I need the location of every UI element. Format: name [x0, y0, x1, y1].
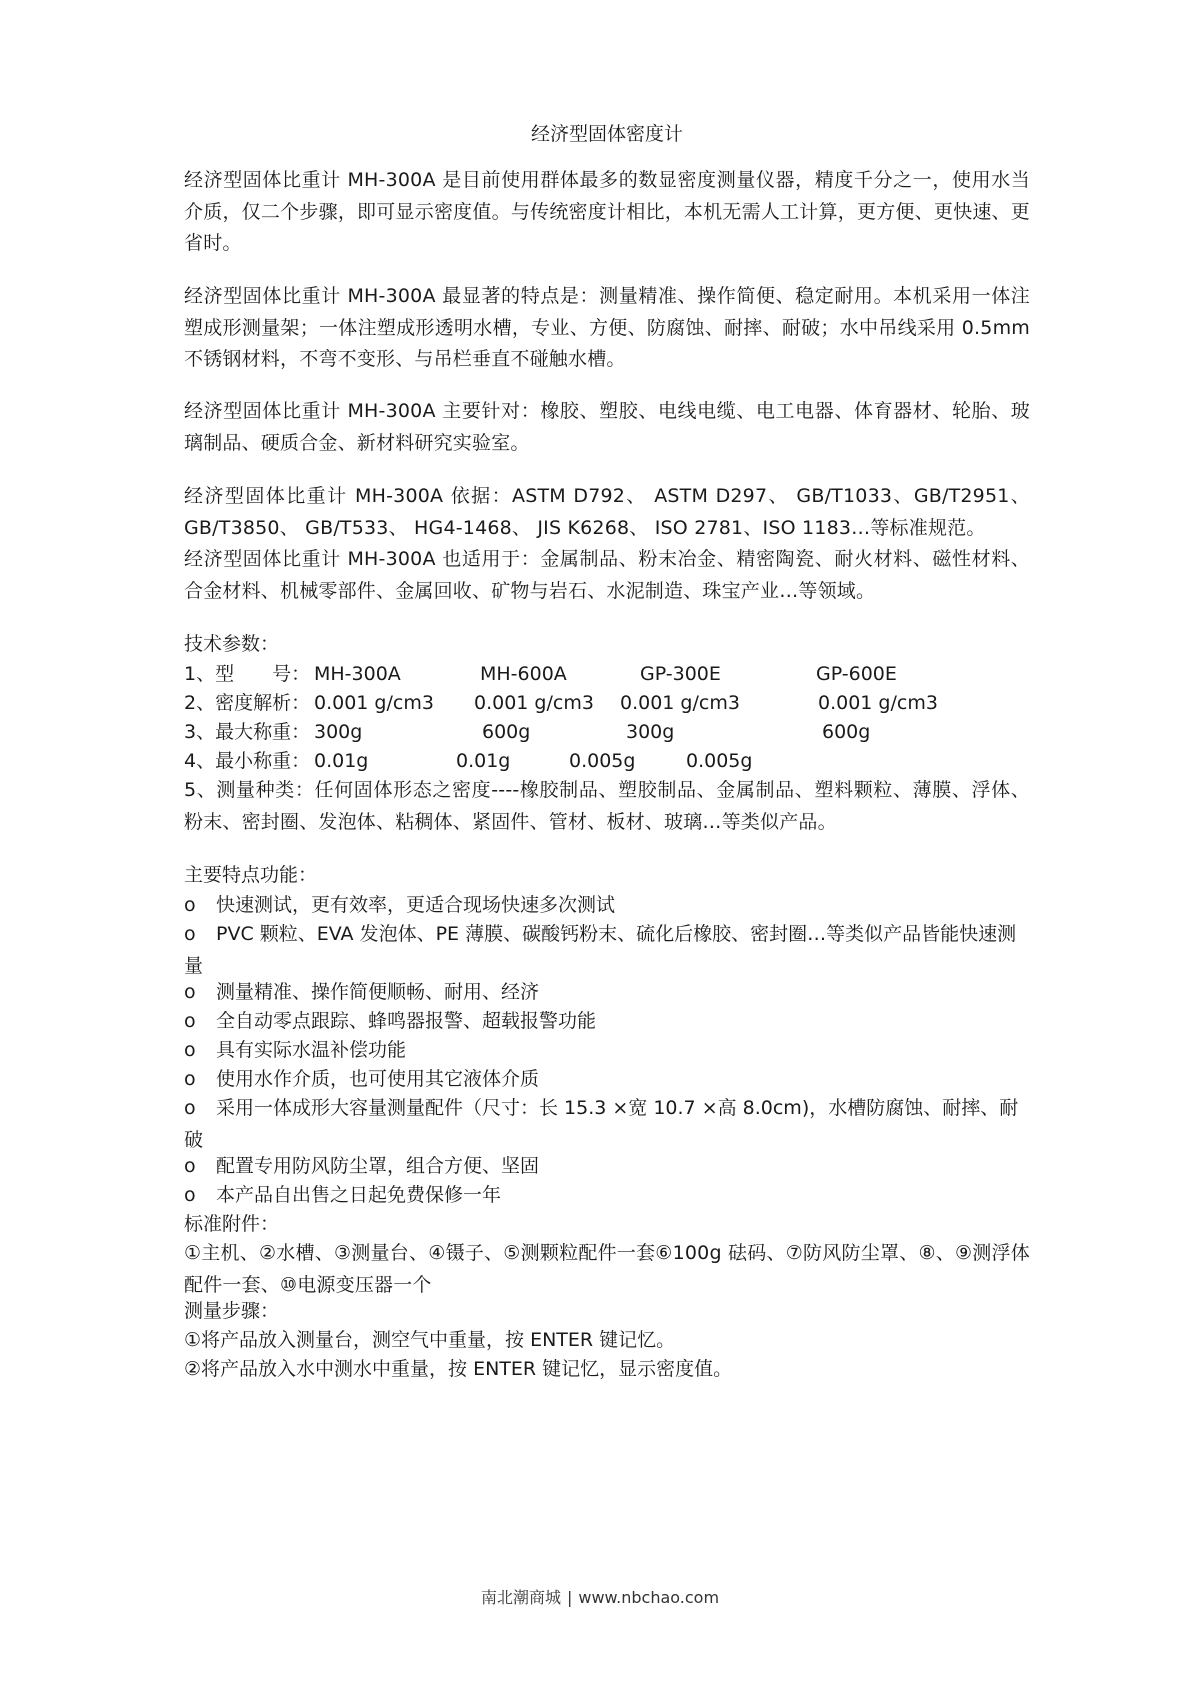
feature-item: o测量精准、操作简便顺畅、耐用、经济 — [184, 977, 1030, 1009]
spec-value: 300g — [314, 717, 362, 749]
feature-item: o具有实际水温补偿功能 — [184, 1035, 1030, 1067]
feature-item: o配置专用防风防尘罩，组合方便、坚固 — [184, 1151, 1030, 1183]
spec-label: 1、型 号： — [184, 659, 310, 691]
spec-value: GP-600E — [816, 659, 897, 691]
spec-row-max-weight: 3、最大称重： 300g 600g 300g 600g — [184, 717, 1030, 749]
bullet-icon: o — [184, 890, 216, 922]
footer-url[interactable]: www.nbchao.com — [578, 1588, 719, 1607]
step-item: ①将产品放入测量台，测空气中重量，按 ENTER 键记忆。 — [184, 1325, 675, 1357]
spec-value: GP-300E — [640, 659, 721, 691]
standards-paragraph: 经济型固体比重计 MH-300A 依据：ASTM D792、 ASTM D297… — [184, 481, 1030, 544]
spec-value: 0.001 g/cm3 — [818, 688, 938, 720]
feature-item: o使用水作介质，也可使用其它液体介质 — [184, 1064, 1030, 1096]
spec-value: 0.001 g/cm3 — [620, 688, 740, 720]
bullet-icon: o — [184, 1035, 216, 1067]
bullet-icon: o — [184, 1064, 216, 1096]
spec-value: 0.001 g/cm3 — [474, 688, 594, 720]
spec-value: 0.005g — [686, 746, 752, 778]
spec-row-model: 1、型 号： MH-300A MH-600A GP-300E GP-600E — [184, 659, 1030, 691]
spec-row-resolution: 2、密度解析： 0.001 g/cm3 0.001 g/cm3 0.001 g/… — [184, 688, 1030, 720]
footer-separator: | — [567, 1588, 572, 1607]
spec-value: 0.01g — [314, 746, 368, 778]
spec-value: 600g — [822, 717, 870, 749]
spec-label: 3、最大称重： — [184, 717, 310, 749]
document-title: 经济型固体密度计 — [184, 120, 1030, 148]
spec-value: MH-600A — [480, 659, 567, 691]
footer-site-name: 南北潮商城 — [481, 1588, 561, 1607]
accessories-list: ①主机、②水槽、③测量台、④镊子、⑤测颗粒配件一套⑥100g 砝码、⑦防风防尘罩… — [184, 1238, 1030, 1301]
industries-paragraph: 经济型固体比重计 MH-300A 也适用于：金属制品、粉末冶金、精密陶瓷、耐火材… — [184, 544, 1030, 607]
intro-paragraph: 经济型固体比重计 MH-300A 是目前使用群体最多的数显密度测量仪器，精度千分… — [184, 165, 1030, 260]
feature-item: o快速测试，更有效率，更适合现场快速多次测试 — [184, 890, 1030, 922]
feature-item: o采用一体成形大容量测量配件（尺寸：长 15.3 ×宽 10.7 ×高 8.0c… — [184, 1093, 1030, 1156]
applications-paragraph: 经济型固体比重计 MH-300A 主要针对：橡胶、塑胶、电线电缆、电工电器、体育… — [184, 396, 1030, 459]
spec-value: 600g — [482, 717, 530, 749]
feature-item: oPVC 颗粒、EVA 发泡体、PE 薄膜、碳酸钙粉末、硫化后橡胶、密封圈…等类… — [184, 919, 1030, 982]
feature-item: o全自动零点跟踪、蜂鸣器报警、超载报警功能 — [184, 1006, 1030, 1038]
bullet-icon: o — [184, 977, 216, 1009]
features-heading: 主要特点功能： — [184, 860, 317, 892]
spec-value: 0.01g — [456, 746, 510, 778]
spec-label: 2、密度解析： — [184, 688, 310, 720]
spec-row-min-weight: 4、最小称重： 0.01g 0.01g 0.005g 0.005g — [184, 746, 1030, 778]
spec-value: 300g — [626, 717, 674, 749]
bullet-icon: o — [184, 1006, 216, 1038]
page-footer: 南北潮商城|www.nbchao.com — [0, 1585, 1200, 1608]
spec-measure-types: 5、测量种类：任何固体形态之密度----橡胶制品、塑胶制品、金属制品、塑料颗粒、… — [184, 775, 1030, 838]
spec-value: 0.001 g/cm3 — [314, 688, 434, 720]
spec-label: 4、最小称重： — [184, 746, 310, 778]
step-item: ②将产品放入水中测水中重量，按 ENTER 键记忆，显示密度值。 — [184, 1354, 732, 1386]
bullet-icon: o — [184, 1151, 216, 1183]
specs-heading: 技术参数： — [184, 629, 279, 661]
accessories-heading: 标准附件： — [184, 1209, 279, 1241]
steps-heading: 测量步骤： — [184, 1296, 279, 1328]
bullet-icon: o — [184, 1180, 216, 1212]
features-paragraph: 经济型固体比重计 MH-300A 最显著的特点是：测量精准、操作简便、稳定耐用。… — [184, 281, 1030, 376]
feature-item: o本产品自出售之日起免费保修一年 — [184, 1180, 1030, 1212]
spec-value: 0.005g — [569, 746, 635, 778]
spec-value: MH-300A — [314, 659, 401, 691]
bullet-icon: o — [184, 919, 216, 951]
bullet-icon: o — [184, 1093, 216, 1125]
